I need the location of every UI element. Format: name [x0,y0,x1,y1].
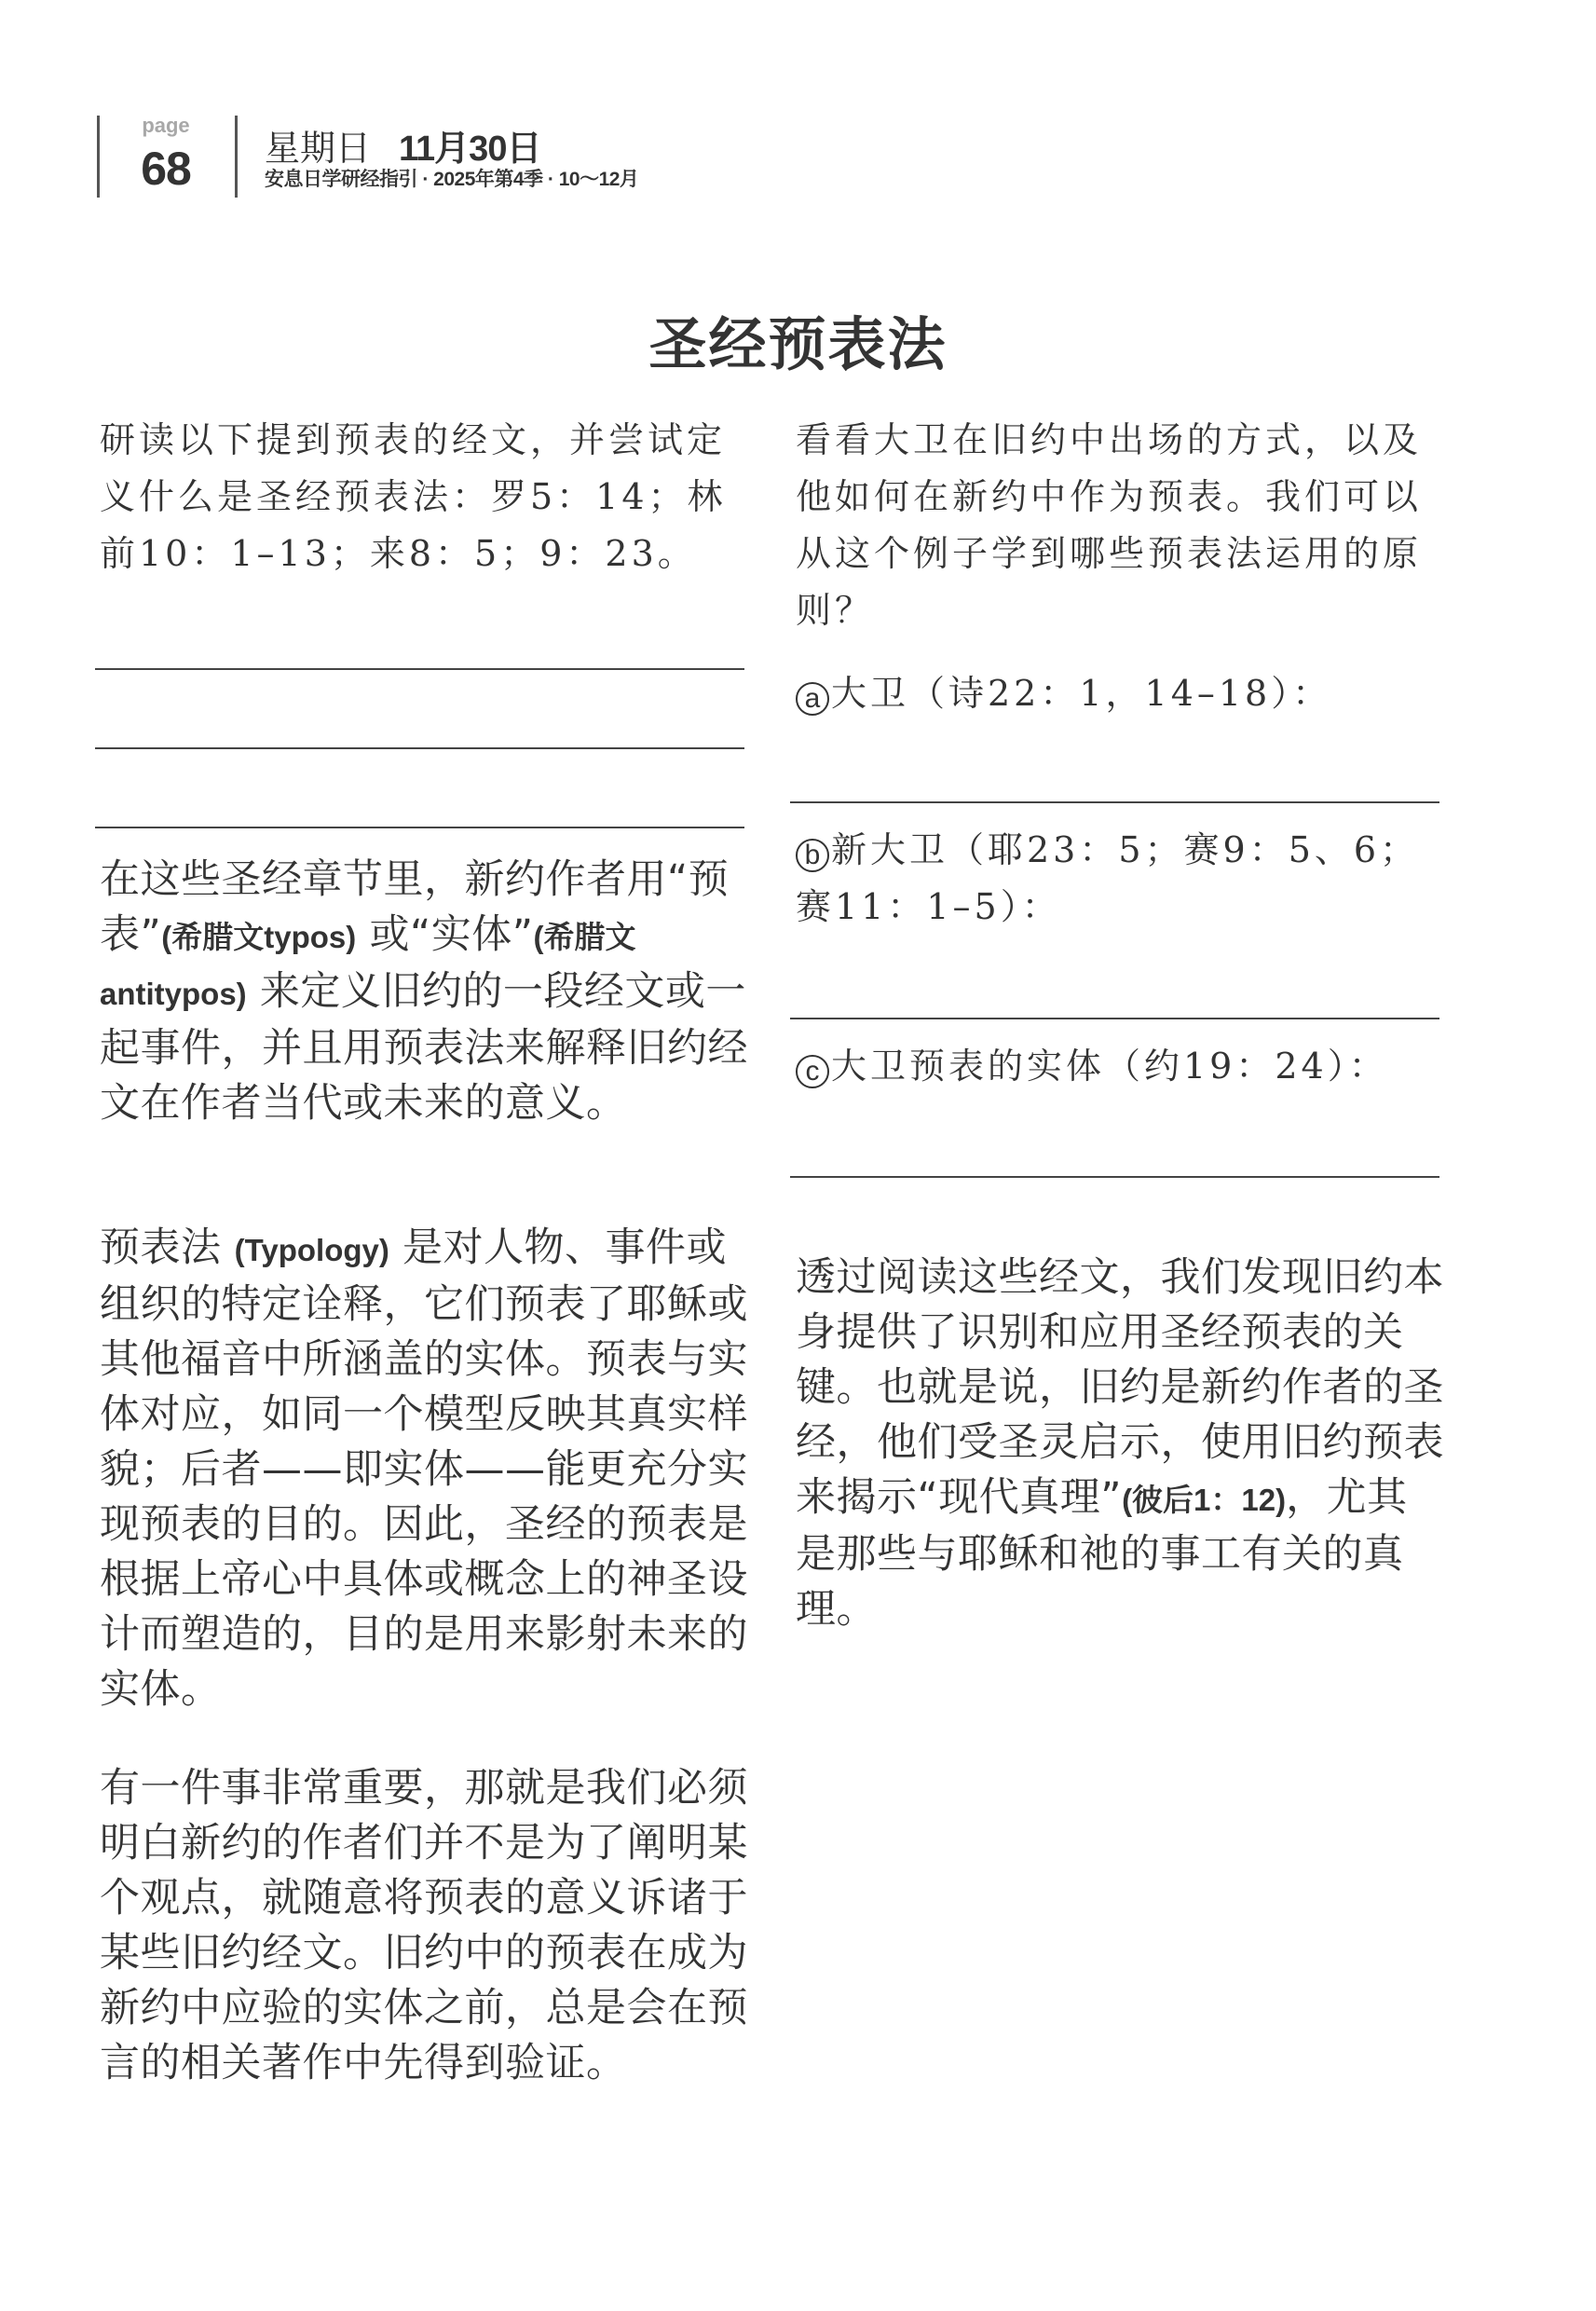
circled-b-marker: b [796,839,829,872]
english-ref-typology: (Typology) [235,1233,389,1267]
header-subtitle: 安息日学研经指引 · 2025年第4季 · 10～12月 [265,164,638,192]
answer-line-2[interactable] [95,747,744,749]
answer-line-a[interactable] [790,801,1439,803]
item-text: 新大卫（耶23：5；赛9：5、6；赛11：1–5）： [796,829,1419,927]
greek-ref-typos: (希腊文typos) [161,920,356,954]
header-divider-left [97,116,100,198]
item-text: 大卫预表的实体（约19：24）： [831,1046,1388,1087]
item-text: 大卫（诗22：1，14–18）： [831,673,1331,714]
page-number: 68 [101,142,231,196]
paragraph-typos: 在这些圣经章节里，新约作者用“预表”(希腊文typos) 或“实体”(希腊文an… [100,853,752,1131]
paragraph-typology: 预表法 (Typology) 是对人物、事件或组织的特定诠释，它们预表了耶稣或其… [100,1221,752,1717]
circled-a-marker: a [796,682,829,716]
answer-line-b[interactable] [790,1018,1439,1019]
paragraph-conclusion: 透过阅读这些经文，我们发现旧约本身提供了识别和应用圣经预表的关键。也就是说，旧约… [796,1251,1448,1637]
answer-line-c[interactable] [790,1176,1439,1178]
item-a: a大卫（诗22：1，14–18）： [796,665,1448,722]
item-b: b新大卫（耶23：5；赛9：5、6；赛11：1–5）： [796,822,1448,936]
answer-line-1[interactable] [95,668,744,670]
header-divider-right [235,116,238,198]
weekday: 星期日 [265,130,371,169]
text: 预表法 [100,1224,235,1271]
study-question-left: 研读以下提到预表的经文，并尝试定义什么是圣经预表法：罗5：14；林前10：1–1… [100,412,752,582]
scripture-ref: (彼后1：12) [1122,1483,1286,1517]
text: 是对人物、事件或组织的特定诠释，它们预表了耶稣或其他福音中所涵盖的实体。预表与实… [100,1224,748,1713]
paragraph-important: 有一件事非常重要，那就是我们必须明白新约的作者们并不是为了阐明某个观点，就随意将… [100,1761,752,2091]
page-title: 圣经预表法 [0,298,1596,381]
text: 或“实体” [356,911,533,958]
page-label: page [101,114,231,138]
header-date-line: 星期日11月30日 [265,119,540,171]
study-question-right: 看看大卫在旧约中出场的方式，以及他如何在新约中作为预表。我们可以从这个例子学到哪… [796,412,1448,639]
answer-line-3[interactable] [95,827,744,828]
item-c: c大卫预表的实体（约19：24）： [796,1038,1448,1095]
circled-c-marker: c [796,1055,829,1088]
date: 11月30日 [399,130,540,169]
